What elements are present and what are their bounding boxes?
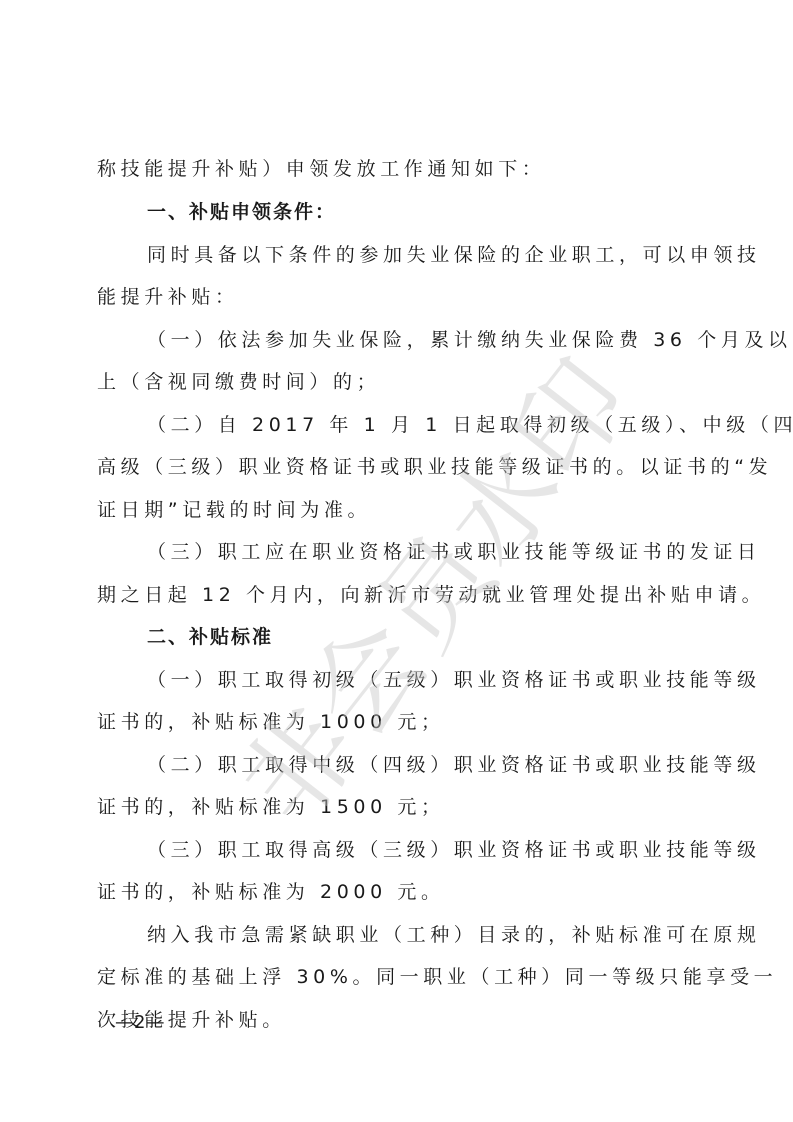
paragraph-line: 上（含视同缴费时间）的； — [97, 370, 697, 394]
document-page: 称技能提升补贴）申领发放工作通知如下：一、补贴申领条件：同时具备以下条件的参加失… — [0, 0, 793, 1122]
paragraph-line: （二）职工取得中级（四级）职业资格证书或职业技能等级 — [147, 753, 747, 777]
paragraph-line: 证书的，补贴标准为 1000 元； — [97, 710, 697, 734]
section-heading: 二、补贴标准 — [147, 625, 747, 649]
page-number: —2— — [115, 1012, 165, 1033]
paragraph-line: 定标准的基础上浮 30%。同一职业（工种）同一等级只能享受一 — [97, 965, 697, 989]
paragraph-line: 纳入我市急需紧缺职业（工种）目录的，补贴标准可在原规 — [147, 923, 747, 947]
paragraph-line: 称技能提升补贴）申领发放工作通知如下： — [97, 157, 697, 181]
paragraph-line: （三）职工应在职业资格证书或职业技能等级证书的发证日 — [147, 540, 747, 564]
paragraph-line: 证书的，补贴标准为 2000 元。 — [97, 880, 697, 904]
paragraph-line: （二）自 2017 年 1 月 1 日起取得初级（五级）、中级（四级）、 — [147, 413, 747, 437]
paragraph-line: 高级（三级）职业资格证书或职业技能等级证书的。以证书的“发 — [97, 455, 697, 479]
section-heading: 一、补贴申领条件： — [147, 200, 747, 224]
paragraph-line: 证书的，补贴标准为 1500 元； — [97, 795, 697, 819]
paragraph-line: 证日期”记载的时间为准。 — [97, 498, 697, 522]
paragraph-line: （一）职工取得初级（五级）职业资格证书或职业技能等级 — [147, 668, 747, 692]
paragraph-line: 能提升补贴： — [97, 285, 697, 309]
paragraph-line: 同时具备以下条件的参加失业保险的企业职工，可以申领技 — [147, 243, 747, 267]
paragraph-line: （三）职工取得高级（三级）职业资格证书或职业技能等级 — [147, 838, 747, 862]
paragraph-line: （一）依法参加失业保险，累计缴纳失业保险费 36 个月及以 — [147, 328, 747, 352]
paragraph-line: 期之日起 12 个月内，向新沂市劳动就业管理处提出补贴申请。 — [97, 583, 697, 607]
paragraph-line: 次技能提升补贴。 — [97, 1008, 697, 1032]
